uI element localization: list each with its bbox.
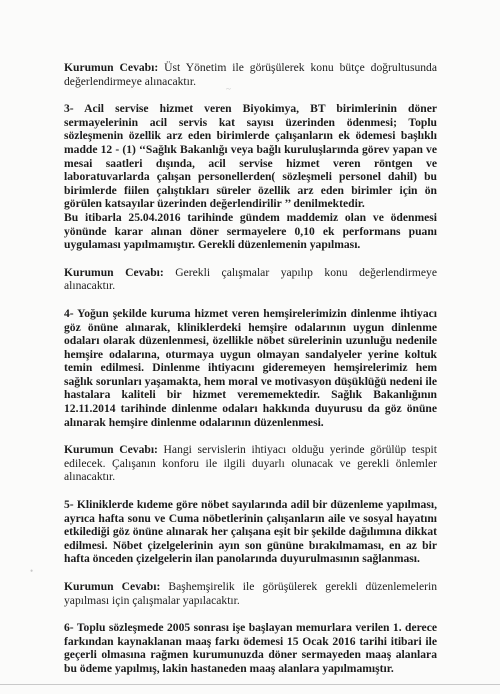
document-page: Kurumun Cevabı: Üst Yönetim ile görüşüle… <box>64 61 437 690</box>
answer-paragraph-2: Kurumun Cevabı: Gerekli çalışmalar yapıl… <box>64 266 437 293</box>
item-3-continuation: Bu itibarla 25.04.2016 tarihinde gündem … <box>64 211 437 252</box>
answer-paragraph-1: Kurumun Cevabı: Üst Yönetim ile görüşüle… <box>64 61 437 88</box>
scan-speck: • <box>30 566 33 576</box>
item-3-paragraph: 3- Acil servise hizmet veren Biyokimya, … <box>64 102 437 211</box>
answer-paragraph-3: Kurumun Cevabı: Hangi servislerin ihtiya… <box>64 443 437 484</box>
item-6-paragraph: 6- Toplu sözleşmede 2005 sonrası işe baş… <box>64 621 437 675</box>
answer-label: Kurumun Cevabı: <box>64 61 158 74</box>
item-5-paragraph: 5- Kliniklerde kıdeme göre nöbet sayılar… <box>64 498 437 566</box>
answer-label: Kurumun Cevabı: <box>64 580 160 593</box>
page-edge <box>0 684 500 685</box>
answer-label: Kurumun Cevabı: <box>64 443 158 456</box>
answer-paragraph-4: Kurumun Cevabı: Başhemşirelik ile görüşü… <box>64 580 437 607</box>
item-4-paragraph: 4- Yoğun şekilde kuruma hizmet veren hem… <box>64 307 437 429</box>
scan-speck: ~ <box>226 84 231 94</box>
answer-label: Kurumun Cevabı: <box>64 266 164 279</box>
